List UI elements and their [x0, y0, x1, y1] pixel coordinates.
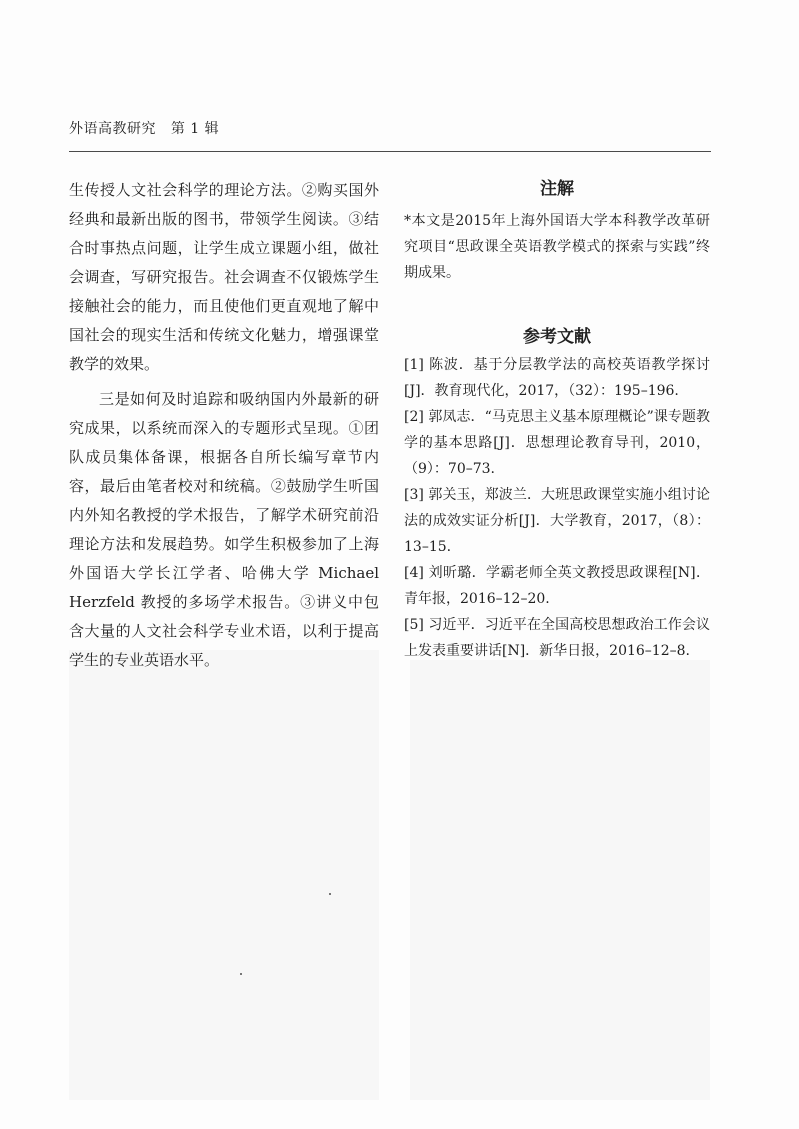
scan-speck — [240, 973, 242, 975]
header-rule — [69, 151, 711, 152]
bleed-through-shade — [69, 650, 379, 1100]
references-title: 参考文献 — [404, 324, 710, 350]
right-column: 注解 *本文是2015年上海外国语大学本科教学改革研究项目“思政课全英语教学模式… — [404, 176, 710, 664]
reference-item: [5] 习近平．习近平在全国高校思想政治工作会议上发表重要讲话[N]．新华日报，… — [404, 612, 710, 664]
reference-item: [2] 郭凤志．“马克思主义基本原理概论”课专题教学的基本思路[J]．思想理论教… — [404, 404, 710, 482]
reference-item: [1] 陈波．基于分层教学法的高校英语教学探讨[J]．教育现代化，2017，（3… — [404, 352, 710, 404]
body-paragraph: 生传授人文社会科学的理论方法。②购买国外经典和最新出版的图书，带领学生阅读。③结… — [69, 176, 379, 379]
reference-item: [4] 刘昕璐．学霸老师全英文教授思政课程[N]．青年报，2016–12–20. — [404, 560, 710, 612]
notes-title: 注解 — [404, 176, 710, 202]
body-paragraph: 三是如何及时追踪和吸纳国内外最新的研究成果，以系统而深入的专题形式呈现。①团队成… — [69, 385, 379, 675]
footnote-text: *本文是2015年上海外国语大学本科教学改革研究项目“思政课全英语教学模式的探索… — [404, 208, 710, 286]
notes-section: 注解 *本文是2015年上海外国语大学本科教学改革研究项目“思政课全英语教学模式… — [404, 176, 710, 286]
bleed-through-shade — [410, 660, 710, 1100]
scan-speck — [329, 893, 331, 895]
reference-item: [3] 郭关玉，郑波兰．大班思政课堂实施小组讨论法的成效实证分析[J]．大学教育… — [404, 482, 710, 560]
reference-list: [1] 陈波．基于分层教学法的高校英语教学探讨[J]．教育现代化，2017，（3… — [404, 352, 710, 664]
references-section: 参考文献 [1] 陈波．基于分层教学法的高校英语教学探讨[J]．教育现代化，20… — [404, 324, 710, 664]
left-column: 生传授人文社会科学的理论方法。②购买国外经典和最新出版的图书，带领学生阅读。③结… — [69, 176, 379, 675]
document-page: 外语高教研究 第 1 辑 生传授人文社会科学的理论方法。②购买国外经典和最新出版… — [0, 0, 799, 1129]
running-head: 外语高教研究 第 1 辑 — [69, 118, 219, 138]
